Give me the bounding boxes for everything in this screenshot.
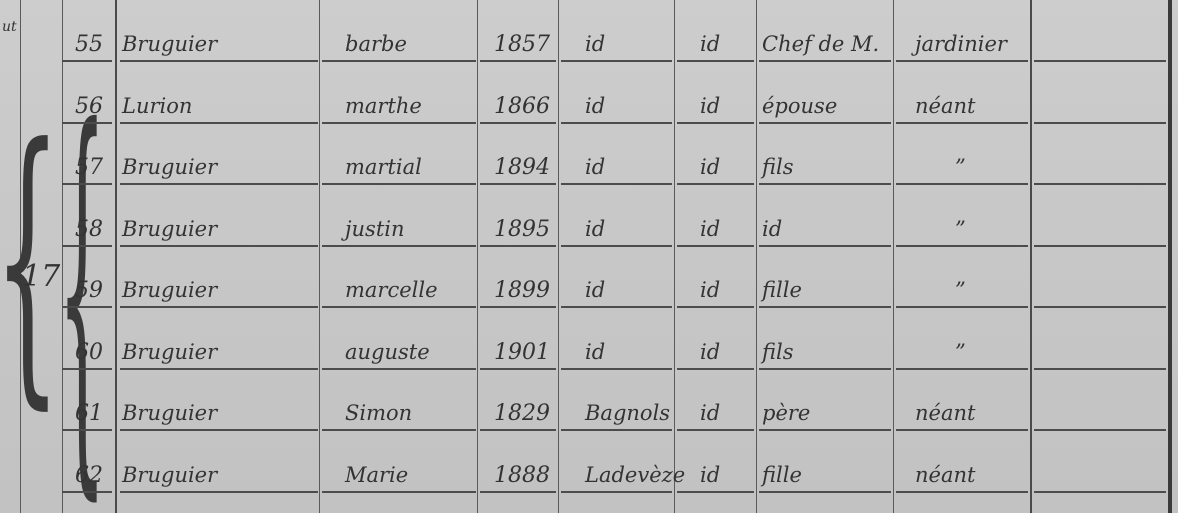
- row-rule: [561, 368, 672, 370]
- row-56-birth-year: 1866: [494, 96, 550, 118]
- row-rule: [759, 245, 891, 247]
- row-rule: [1034, 183, 1166, 185]
- row-55-given-name: barbe: [345, 34, 407, 55]
- row-60-birth-place: id: [585, 342, 605, 363]
- row-rule: [62, 491, 112, 493]
- row-rule: [480, 429, 556, 431]
- row-56-nationality: id: [700, 96, 720, 117]
- row-60-surname: Bruguier: [122, 342, 217, 363]
- row-rule: [896, 491, 1028, 493]
- row-55-line: 55: [75, 34, 103, 56]
- row-rule: [1034, 429, 1166, 431]
- row-rule: [677, 306, 754, 308]
- row-rule: [480, 60, 556, 62]
- column-rule: [674, 0, 675, 513]
- row-59-nationality: id: [700, 280, 720, 301]
- column-rule: [319, 0, 320, 513]
- row-59-line: 59: [75, 280, 103, 302]
- row-61-nationality: id: [700, 403, 720, 424]
- column-rule: [115, 0, 117, 513]
- row-rule: [561, 306, 672, 308]
- row-rule: [561, 429, 672, 431]
- row-rule: [120, 306, 318, 308]
- row-rule: [677, 245, 754, 247]
- row-rule: [120, 183, 318, 185]
- row-rule: [322, 122, 476, 124]
- row-rule: [1034, 122, 1166, 124]
- row-55-occupation: jardinier: [915, 34, 1007, 55]
- row-rule: [322, 368, 476, 370]
- row-57-line: 57: [75, 157, 103, 179]
- row-rule: [62, 306, 112, 308]
- row-rule: [677, 429, 754, 431]
- row-rule: [120, 491, 318, 493]
- row-62-household-role: fille: [762, 465, 802, 486]
- row-rule: [677, 122, 754, 124]
- row-62-given-name: Marie: [345, 465, 408, 486]
- row-57-occupation: ”: [955, 157, 966, 178]
- row-rule: [62, 429, 112, 431]
- row-58-nationality: id: [700, 219, 720, 240]
- row-rule: [896, 429, 1028, 431]
- row-rule: [1034, 245, 1166, 247]
- row-rule: [480, 306, 556, 308]
- column-rule: [558, 0, 559, 513]
- row-61-given-name: Simon: [345, 403, 412, 424]
- census-register-page: { { 17 ut 55Bruguierbarbe1857ididChef de…: [0, 0, 1178, 513]
- row-58-occupation: ”: [955, 219, 966, 240]
- row-62-line: 62: [75, 465, 103, 487]
- column-rule: [477, 0, 478, 513]
- row-rule: [759, 491, 891, 493]
- row-60-given-name: auguste: [345, 342, 430, 363]
- row-57-nationality: id: [700, 157, 720, 178]
- row-rule: [322, 306, 476, 308]
- row-59-surname: Bruguier: [122, 280, 217, 301]
- row-rule: [759, 429, 891, 431]
- row-61-surname: Bruguier: [122, 403, 217, 424]
- row-62-nationality: id: [700, 465, 720, 486]
- row-rule: [896, 368, 1028, 370]
- row-rule: [62, 245, 112, 247]
- row-56-given-name: marthe: [345, 96, 422, 117]
- row-60-household-role: fils: [762, 342, 794, 363]
- row-57-surname: Bruguier: [122, 157, 217, 178]
- row-rule: [480, 183, 556, 185]
- row-56-occupation: néant: [915, 96, 975, 117]
- row-59-occupation: ”: [955, 280, 966, 301]
- row-rule: [677, 368, 754, 370]
- row-rule: [677, 183, 754, 185]
- row-rule: [480, 245, 556, 247]
- row-rule: [322, 491, 476, 493]
- row-62-surname: Bruguier: [122, 465, 217, 486]
- row-58-birth-year: 1895: [494, 219, 550, 241]
- row-57-household-role: fils: [762, 157, 794, 178]
- row-61-birth-place: Bagnols: [585, 403, 670, 424]
- row-62-occupation: néant: [915, 465, 975, 486]
- row-59-given-name: marcelle: [345, 280, 438, 301]
- row-rule: [62, 368, 112, 370]
- row-60-birth-year: 1901: [494, 342, 550, 364]
- row-rule: [62, 60, 112, 62]
- row-56-surname: Lurion: [122, 96, 192, 117]
- row-rule: [120, 368, 318, 370]
- row-61-line: 61: [75, 403, 103, 425]
- row-rule: [480, 122, 556, 124]
- row-rule: [322, 429, 476, 431]
- row-rule: [896, 122, 1028, 124]
- row-57-birth-place: id: [585, 157, 605, 178]
- row-rule: [120, 429, 318, 431]
- row-rule: [1034, 368, 1166, 370]
- row-61-birth-year: 1829: [494, 403, 550, 425]
- row-rule: [480, 368, 556, 370]
- row-55-household-role: Chef de M.: [762, 34, 879, 55]
- row-rule: [561, 122, 672, 124]
- row-58-birth-place: id: [585, 219, 605, 240]
- row-rule: [896, 183, 1028, 185]
- row-rule: [561, 60, 672, 62]
- row-rule: [1034, 491, 1166, 493]
- row-55-surname: Bruguier: [122, 34, 217, 55]
- row-rule: [677, 491, 754, 493]
- row-rule: [759, 368, 891, 370]
- margin-annotation: ut: [2, 20, 17, 34]
- row-56-household-role: épouse: [762, 96, 837, 117]
- row-rule: [561, 183, 672, 185]
- row-61-household-role: père: [762, 403, 810, 424]
- row-rule: [120, 60, 318, 62]
- row-58-given-name: justin: [345, 219, 405, 240]
- row-57-given-name: martial: [345, 157, 422, 178]
- row-58-household-role: id: [762, 219, 782, 240]
- row-58-line: 58: [75, 219, 103, 241]
- row-57-birth-year: 1894: [494, 157, 550, 179]
- row-rule: [62, 122, 112, 124]
- row-rule: [759, 183, 891, 185]
- row-rule: [759, 60, 891, 62]
- row-55-birth-year: 1857: [494, 34, 550, 56]
- row-rule: [1034, 60, 1166, 62]
- row-rule: [677, 60, 754, 62]
- row-rule: [896, 245, 1028, 247]
- row-rule: [896, 60, 1028, 62]
- row-60-occupation: ”: [955, 342, 966, 363]
- row-rule: [120, 245, 318, 247]
- column-rule: [756, 0, 757, 513]
- row-rule: [120, 122, 318, 124]
- row-rule: [561, 245, 672, 247]
- column-rule: [1030, 0, 1032, 513]
- row-rule: [322, 245, 476, 247]
- row-58-surname: Bruguier: [122, 219, 217, 240]
- row-55-nationality: id: [700, 34, 720, 55]
- row-rule: [1034, 306, 1166, 308]
- row-56-birth-place: id: [585, 96, 605, 117]
- row-61-occupation: néant: [915, 403, 975, 424]
- household-number: 17: [22, 262, 60, 292]
- row-rule: [896, 306, 1028, 308]
- row-rule: [480, 491, 556, 493]
- row-rule: [561, 491, 672, 493]
- row-rule: [322, 60, 476, 62]
- row-59-birth-year: 1899: [494, 280, 550, 302]
- row-59-household-role: fille: [762, 280, 802, 301]
- page-edge-rule: [1168, 0, 1172, 513]
- row-62-birth-year: 1888: [494, 465, 550, 487]
- row-rule: [759, 122, 891, 124]
- row-55-birth-place: id: [585, 34, 605, 55]
- row-56-line: 56: [75, 96, 103, 118]
- row-59-birth-place: id: [585, 280, 605, 301]
- column-rule: [893, 0, 894, 513]
- row-rule: [322, 183, 476, 185]
- row-62-birth-place: Ladevèze: [585, 465, 685, 486]
- row-60-nationality: id: [700, 342, 720, 363]
- row-60-line: 60: [75, 342, 103, 364]
- row-rule: [62, 183, 112, 185]
- row-rule: [759, 306, 891, 308]
